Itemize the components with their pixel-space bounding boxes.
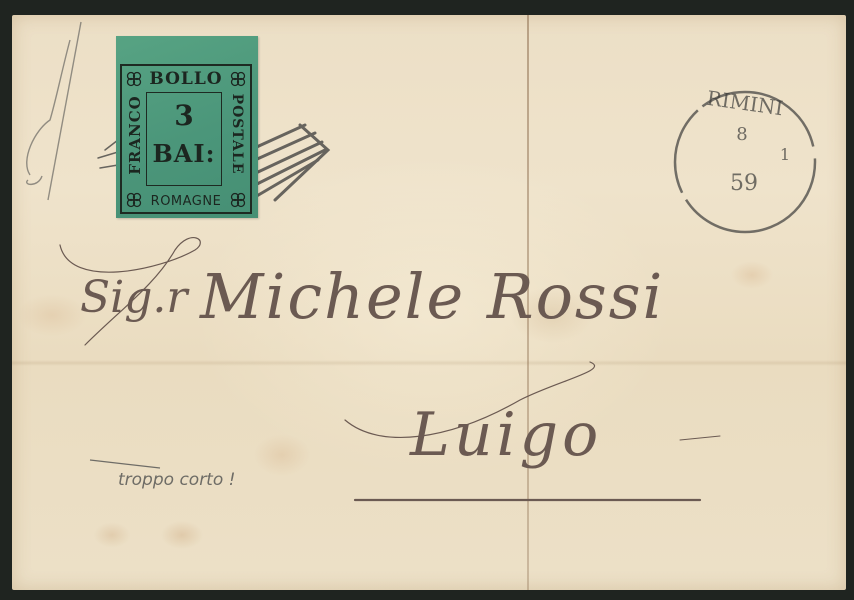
vertical-fold	[527, 15, 529, 590]
stamp-value-panel: 3 BAI:	[146, 92, 222, 186]
stamp-right-label: POSTALE	[229, 75, 245, 193]
postage-stamp: BOLLO FRANCO POSTALE ROMAGNE 3 BAI:	[116, 36, 258, 218]
stamp-bottom-label: ROMAGNE	[122, 194, 250, 209]
stamp-unit: BAI:	[147, 139, 221, 168]
horizontal-fold	[12, 360, 846, 366]
stamp-left-label: FRANCO	[126, 76, 144, 194]
stamp-outer-frame: BOLLO FRANCO POSTALE ROMAGNE 3 BAI:	[120, 64, 252, 214]
stamp-value: 3	[147, 99, 221, 132]
